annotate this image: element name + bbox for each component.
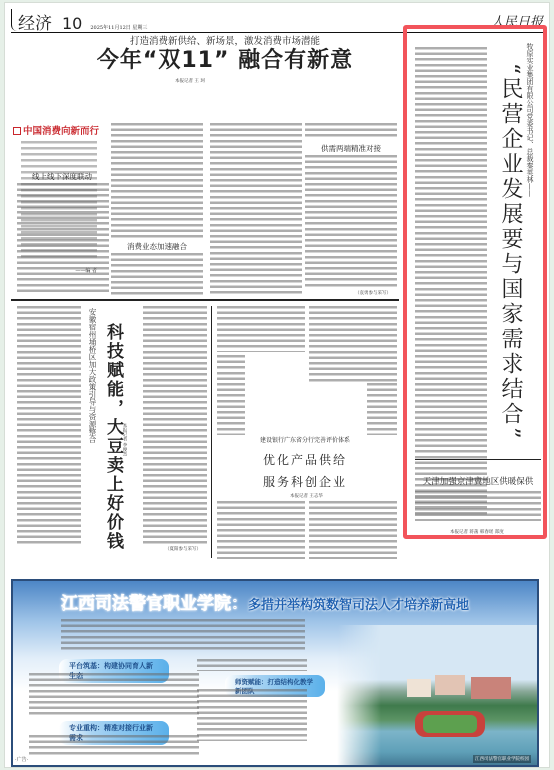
advertisement-banner[interactable]: 江西司法警官职业学院： 多措并举构筑数智司法人才培养新高地 平台筑基：构建协同育…: [11, 579, 539, 767]
section-header: 经济 10 2025年11月12日 星期三: [11, 9, 147, 31]
ccb-column-1a: [217, 306, 305, 352]
lead-column-3: [210, 123, 302, 295]
highlight-frame: [403, 25, 547, 539]
lead-column-4b: [305, 155, 397, 289]
ad-tag: ·广告·: [15, 756, 28, 763]
series-icon: [13, 127, 21, 135]
section-divider: [11, 299, 399, 301]
ccb-column-2b: [309, 501, 397, 559]
ad-column-2a: [197, 659, 307, 671]
ad-section-3-body: [197, 689, 307, 741]
ad-title-main: 江西司法警官职业学院：: [61, 589, 248, 614]
ccb-column-2a: [309, 306, 397, 382]
ad-title: 江西司法警官职业学院： 多措并举构筑数智司法人才培养新高地: [61, 589, 469, 614]
lead-subhead-3: 供需两端精准对接: [305, 143, 397, 154]
lead-column-2: [111, 123, 203, 239]
sidebar-series-label: 中国消费向新而行: [13, 123, 99, 137]
lead-column-4a: [305, 123, 397, 137]
lead-column-2b: [111, 253, 203, 295]
issue-date: 2025年11月12日 星期三: [90, 24, 147, 31]
anhui-footnote: （夏阳参与采写）: [165, 546, 201, 552]
ad-intro: [61, 619, 305, 651]
lead-headline[interactable]: 今年“双11” 融合有新意: [55, 43, 395, 74]
ccb-headline-1[interactable]: 优化产品供给: [245, 451, 365, 468]
ccb-column-1c: [217, 501, 305, 559]
campus-photo: 江西司法警官职业学院校园: [337, 625, 537, 767]
ccb-kicker: 建设银行广东省分行完善评价体系: [245, 435, 365, 444]
page-number: 10: [62, 14, 82, 33]
lead-footnote: （袁勇参与采写）: [355, 290, 391, 296]
ccb-column-2c: [367, 383, 397, 435]
anhui-subtitle: 安徽宿州埇桥区加大政策引导与资源整合: [87, 308, 98, 508]
newspaper-page: 经济 10 2025年11月12日 星期三 人民日报 打造消费新供给、新场景，激…: [4, 2, 550, 768]
column-divider: [211, 306, 212, 558]
lead-subhead-1: 线上线下深度联动: [17, 171, 107, 182]
lead-byline: 本报记者 王 珂: [175, 78, 205, 84]
ccb-byline: 本报记者 王志华: [290, 493, 323, 499]
anhui-byline: 本报记者 李俊杰: [121, 423, 127, 456]
lead-subhead-2: 消费业态加速融合: [111, 241, 203, 252]
photo-caption: 江西司法警官职业学院校园: [473, 755, 531, 763]
ad-title-sub: 多措并举构筑数智司法人才培养新高地: [248, 594, 469, 613]
anhui-column-2: [143, 306, 207, 546]
lead-column-1: [17, 183, 109, 295]
ccb-column-1b: [217, 355, 245, 435]
anhui-column-1: [17, 306, 81, 546]
ccb-headline-2[interactable]: 服务科创企业: [245, 473, 365, 490]
section-name: 经济: [18, 9, 52, 34]
ad-section-2-body: [29, 735, 199, 755]
ad-section-1-body: [29, 673, 199, 717]
